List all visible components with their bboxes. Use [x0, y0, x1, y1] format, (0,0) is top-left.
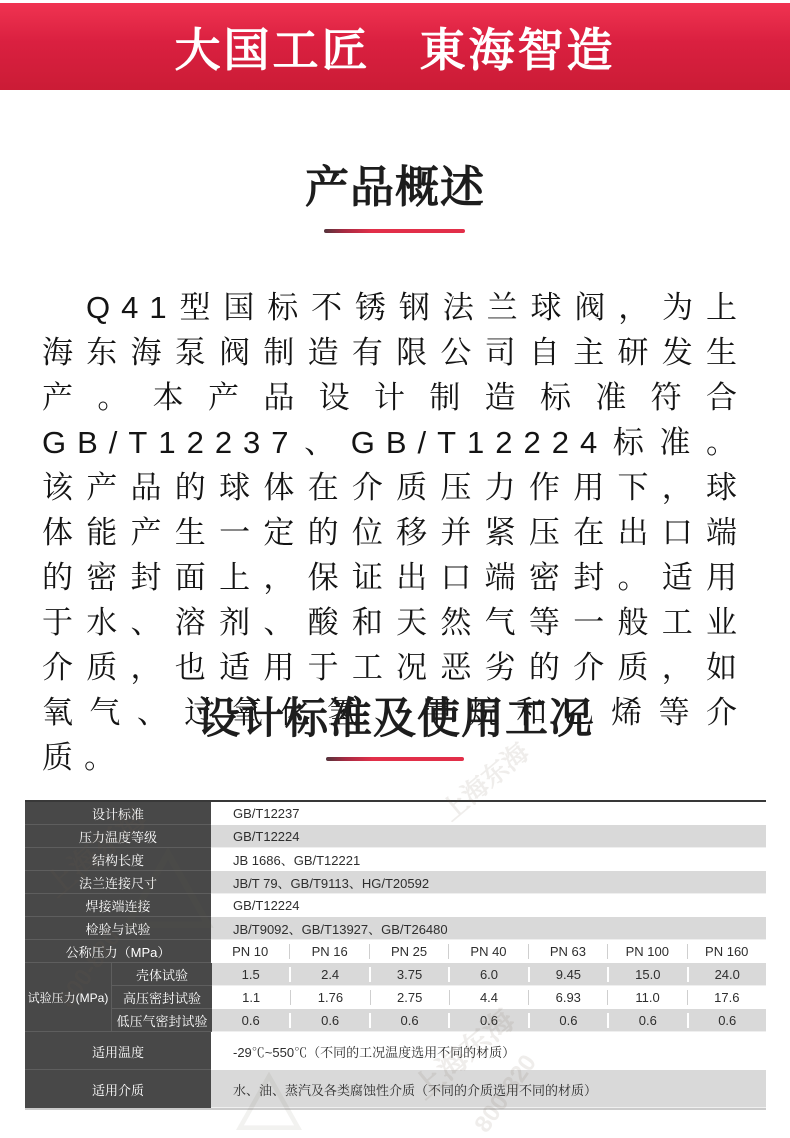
pn-col-header: PN 63: [528, 944, 607, 959]
table-row: 结构长度 JB 1686、GB/T12221: [25, 848, 766, 871]
table-row: 低压气密封试验 0.6 0.6 0.6 0.6 0.6 0.6 0.6: [111, 1009, 766, 1032]
group-label: 试验压力(MPa): [25, 963, 111, 1032]
test-pressure-group: 试验压力(MPa) 壳体试验 1.5 2.4 3.75 6.0 9.45 15.…: [25, 963, 766, 1032]
value-cell: 1.5: [212, 967, 289, 982]
row-label: 高压密封试验: [111, 986, 212, 1009]
group-body: 壳体试验 1.5 2.4 3.75 6.0 9.45 15.0 24.0 高压密…: [111, 963, 766, 1032]
pn-header-cells: PN 10 PN 16 PN 25 PN 40 PN 63 PN 100 PN …: [211, 940, 766, 963]
pn-col-header: PN 16: [289, 944, 368, 959]
pn-col-header: PN 25: [369, 944, 448, 959]
row-cells: 1.5 2.4 3.75 6.0 9.45 15.0 24.0: [212, 963, 766, 986]
row-value: JB 1686、GB/T12221: [211, 848, 766, 871]
row-value: GB/T12224: [211, 825, 766, 848]
value-cell: 2.4: [289, 967, 368, 982]
value-cell: 24.0: [687, 967, 766, 982]
value-cell: 6.0: [448, 967, 527, 982]
row-label: 焊接端连接: [25, 894, 211, 917]
value-cell: 0.6: [289, 1013, 368, 1028]
value-cell: 4.4: [449, 990, 528, 1005]
row-label: 低压气密封试验: [111, 1009, 212, 1032]
value-cell: 1.1: [212, 990, 290, 1005]
value-cell: 2.75: [370, 990, 449, 1005]
pn-col-header: PN 100: [607, 944, 686, 959]
table-row: 焊接端连接 GB/T12224: [25, 894, 766, 917]
brand-banner: 大国工匠 東海智造: [0, 3, 790, 90]
row-label: 适用介质: [25, 1070, 211, 1108]
pn-col-header: PN 160: [687, 944, 766, 959]
row-value: JB/T 79、GB/T9113、HG/T20592: [211, 871, 766, 894]
table-row: 设计标准 GB/T12237: [25, 802, 766, 825]
value-cell: 0.6: [369, 1013, 448, 1028]
table-row: 压力温度等级 GB/T12224: [25, 825, 766, 848]
row-value: GB/T12237: [211, 802, 766, 825]
table-row: 高压密封试验 1.1 1.76 2.75 4.4 6.93 11.0 17.6: [111, 986, 766, 1009]
value-cell: 15.0: [607, 967, 686, 982]
title-underline-overview: [324, 229, 465, 233]
row-label: 检验与试验: [25, 917, 211, 940]
spec-table: 设计标准 GB/T12237 压力温度等级 GB/T12224 结构长度 JB …: [25, 800, 766, 1110]
value-cell: 1.76: [290, 990, 369, 1005]
table-row: 检验与试验 JB/T9092、GB/T13927、GB/T26480: [25, 917, 766, 940]
row-label: 结构长度: [25, 848, 211, 871]
row-label: 公称压力（MPa）: [25, 940, 211, 963]
row-value: 水、油、蒸汽及各类腐蚀性介质（不同的介质选用不同的材质）: [211, 1070, 766, 1108]
value-cell: 0.6: [448, 1013, 527, 1028]
value-cell: 6.93: [528, 990, 607, 1005]
value-cell: 0.6: [687, 1013, 766, 1028]
row-label: 适用温度: [25, 1032, 211, 1070]
pn-col-header: PN 10: [211, 944, 289, 959]
value-cell: 0.6: [528, 1013, 607, 1028]
table-row: 法兰连接尺寸 JB/T 79、GB/T9113、HG/T20592: [25, 871, 766, 894]
value-cell: 0.6: [212, 1013, 289, 1028]
table-row: 适用介质 水、油、蒸汽及各类腐蚀性介质（不同的介质选用不同的材质）: [25, 1070, 766, 1108]
banner-slogan: 大国工匠 東海智造: [175, 14, 616, 80]
section-title-specs: 设计标准及使用工况: [0, 698, 790, 741]
product-page: 大国工匠 東海智造 产品概述 Q41型国标不锈钢法兰球阀，为上海东海泵阀制造有限…: [0, 0, 790, 1138]
value-cell: 11.0: [607, 990, 686, 1005]
row-cells: 1.1 1.76 2.75 4.4 6.93 11.0 17.6: [212, 986, 766, 1009]
row-label: 法兰连接尺寸: [25, 871, 211, 894]
row-value: GB/T12224: [211, 894, 766, 917]
row-value: JB/T9092、GB/T13927、GB/T26480: [211, 917, 766, 940]
value-cell: 17.6: [687, 990, 766, 1005]
row-value: -29℃~550℃（不同的工况温度选用不同的材质）: [211, 1032, 766, 1070]
table-row: 适用温度 -29℃~550℃（不同的工况温度选用不同的材质）: [25, 1032, 766, 1070]
table-row: 壳体试验 1.5 2.4 3.75 6.0 9.45 15.0 24.0: [111, 963, 766, 986]
row-cells: 0.6 0.6 0.6 0.6 0.6 0.6 0.6: [212, 1009, 766, 1032]
row-label: 设计标准: [25, 802, 211, 825]
title-underline-specs: [326, 757, 464, 761]
row-label: 压力温度等级: [25, 825, 211, 848]
value-cell: 3.75: [369, 967, 448, 982]
value-cell: 9.45: [528, 967, 607, 982]
pn-header-row: 公称压力（MPa） PN 10 PN 16 PN 25 PN 40 PN 63 …: [25, 940, 766, 963]
section-title-overview: 产品概述: [0, 166, 790, 210]
pn-col-header: PN 40: [448, 944, 527, 959]
row-label: 壳体试验: [111, 963, 212, 986]
value-cell: 0.6: [607, 1013, 686, 1028]
